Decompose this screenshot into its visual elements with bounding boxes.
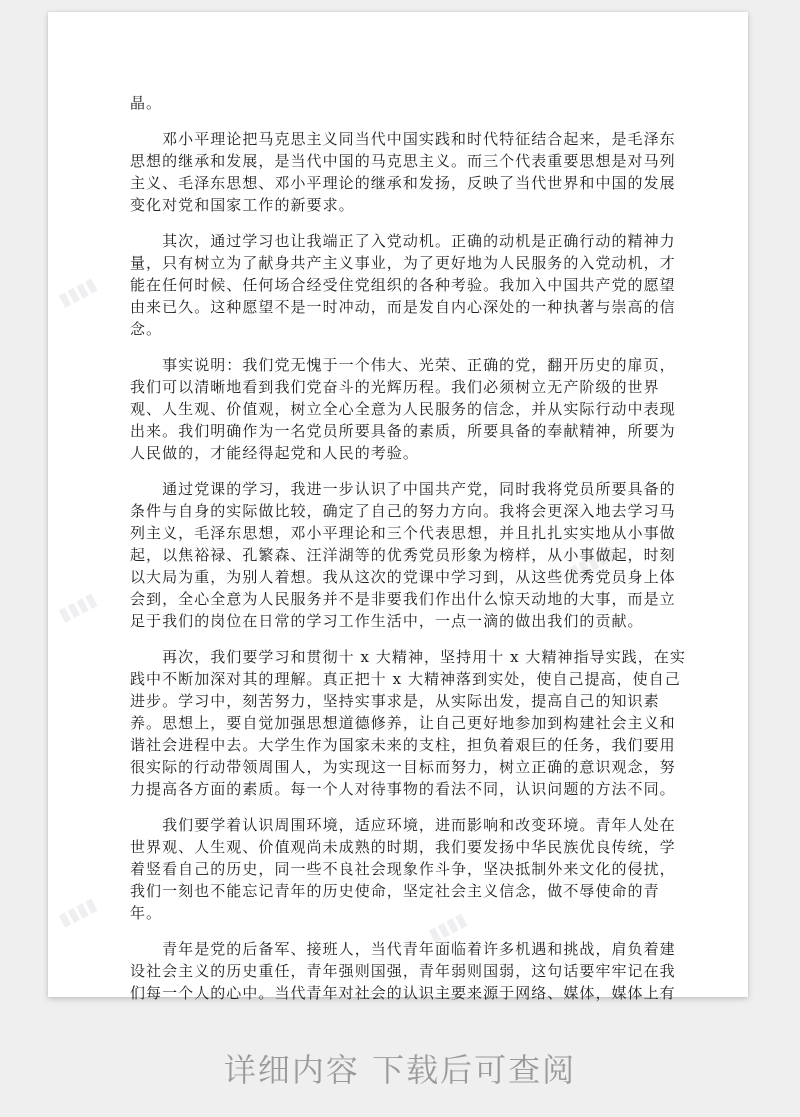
paragraph-0: 晶。 (130, 92, 670, 114)
text-line: 念。 (130, 318, 670, 340)
text-line: 我们一刻也不能忘记青年的历史使命，坚定社会主义信念，做不辱使命的青 (130, 880, 670, 902)
paragraph-5: 再次，我们要学习和贯彻十 x 大精神，坚持用十 x 大精神指导实践，在实 践中不… (130, 646, 670, 800)
text-line: 很实际的行动带领周围人，为实现这一目标而努力，树立正确的意识观念，努 (130, 756, 670, 778)
document-page: ▮▮▮▮ ▮▮▮▮ ▮▮▮▮ ▮▮▮▮▮ ▮▮▮▮ 晶。 邓小平理论把马克思主义… (48, 12, 748, 997)
text-line: 世界观、人生观、价值观尚未成熟的时期，我们要发扬中华民族优良传统，学 (130, 836, 670, 858)
text-line: 起，以焦裕禄、孔繁森、汪洋湖等的优秀党员形象为榜样，从小事做起，时刻 (130, 544, 670, 566)
paragraph-7: 青年是党的后备军、接班人，当代青年面临着许多机遇和挑战，肩负着建 设社会主义的历… (130, 938, 670, 1004)
text-line: 其次，通过学习也让我端正了入党动机。正确的动机是正确行动的精神力 (130, 230, 670, 252)
text-line: 量，只有树立为了献身共产主义事业，为了更好地为人民服务的入党动机，才 (130, 252, 670, 274)
text-line: 青年是党的后备军、接班人，当代青年面临着许多机遇和挑战，肩负着建 (130, 938, 670, 960)
text-line: 我们要学着认识周围环境，适应环境，进而影响和改变环境。青年人处在 (130, 814, 670, 836)
paragraph-4: 通过党课的学习，我进一步认识了中国共产党，同时我将党员所要具备的 条件与自身的实… (130, 478, 670, 632)
text-line: 出来。我们明确作为一名党员所要具备的素质，所要具备的奉献精神，所要为 (130, 420, 670, 442)
text-line: 人民做的，才能经得起党和人民的考验。 (130, 442, 670, 464)
paragraph-6: 我们要学着认识周围环境，适应环境，进而影响和改变环境。青年人处在 世界观、人生观… (130, 814, 670, 924)
text-line: 会到，全心全意为人民服务并不是非要我们作出什么惊天动地的大事，而是立 (130, 588, 670, 610)
document-body: 晶。 邓小平理论把马克思主义同当代中国实践和时代特征结合起来，是毛泽东 思想的继… (130, 92, 670, 1018)
watermark: ▮▮▮▮ (55, 589, 100, 626)
text-line: 们每一个人的心中。当代青年对社会的认识主要来源于网络、媒体，媒体上有 (130, 982, 670, 1004)
text-line: 谐社会进程中去。大学生作为国家未来的支柱，担负着艰巨的任务，我们要用 (130, 734, 670, 756)
text-line: 条件与自身的实际做比较，确定了自己的努力方向。我将会更深入地去学习马 (130, 500, 670, 522)
text-line: 通过党课的学习，我进一步认识了中国共产党，同时我将党员所要具备的 (130, 478, 670, 500)
text-line: 观、人生观、价值观，树立全心全意为人民服务的信念，并从实际行动中表现 (130, 398, 670, 420)
text-line: 进步。学习中，刻苦努力，坚持实事求是，从实际出发，提高自己的知识素 (130, 690, 670, 712)
paragraph-1: 邓小平理论把马克思主义同当代中国实践和时代特征结合起来，是毛泽东 思想的继承和发… (130, 128, 670, 216)
text-line: 再次，我们要学习和贯彻十 x 大精神，坚持用十 x 大精神指导实践，在实 (130, 646, 670, 668)
text-line: 力提高各方面的素质。每一个人对待事物的看法不同，认识问题的方法不同。 (130, 778, 670, 800)
paragraph-3: 事实说明：我们党无愧于一个伟大、光荣、正确的党，翻开历史的扉页， 我们可以清晰地… (130, 354, 670, 464)
text-line: 以大局为重，为别人着想。我从这次的党课中学习到，从这些优秀党员身上体 (130, 566, 670, 588)
text-line: 事实说明：我们党无愧于一个伟大、光荣、正确的党，翻开历史的扉页， (130, 354, 670, 376)
text-line: 能在任何时候、任何场合经受住党组织的各种考验。我加入中国共产党的愿望 (130, 274, 670, 296)
text-line: 思想的继承和发展，是当代中国的马克思主义。而三个代表重要思想是对马列 (130, 150, 670, 172)
watermark: ▮▮▮▮ (55, 274, 100, 311)
download-prompt: 详细内容 下载后可查阅 (0, 1045, 800, 1091)
text-line: 足于我们的岗位在日常的学习工作生活中，一点一滴的做出我们的贡献。 (130, 610, 670, 632)
text-line: 邓小平理论把马克思主义同当代中国实践和时代特征结合起来，是毛泽东 (130, 128, 670, 150)
text-line: 养。思想上，要自觉加强思想道德修养，让自己更好地参加到构建社会主义和 (130, 712, 670, 734)
text-line: 主义、毛泽东思想、邓小平理论的继承和发扬，反映了当代世界和中国的发展 (130, 172, 670, 194)
text-line: 践中不断加深对其的理解。真正把十 x 大精神落到实处，使自己提高，使自己 (130, 668, 670, 690)
paragraph-2: 其次，通过学习也让我端正了入党动机。正确的动机是正确行动的精神力 量，只有树立为… (130, 230, 670, 340)
text-line: 年。 (130, 902, 670, 924)
text-line: 我们可以清晰地看到我们党奋斗的光辉历程。我们必须树立无产阶级的世界 (130, 376, 670, 398)
text-line: 由来已久。这种愿望不是一时冲动，而是发自内心深处的一种执著与崇高的信 (130, 296, 670, 318)
text-line: 设社会主义的历史重任，青年强则国强，青年弱则国弱，这句话要牢牢记在我 (130, 960, 670, 982)
text-line: 变化对党和国家工作的新要求。 (130, 194, 670, 216)
text-line: 晶。 (130, 92, 670, 114)
text-line: 着竖看自己的历史，同一些不良社会现象作斗争，坚决抵制外来文化的侵扰， (130, 858, 670, 880)
text-line: 列主义，毛泽东思想，邓小平理论和三个代表思想，并且扎扎实实地从小事做 (130, 522, 670, 544)
watermark: ▮▮▮▮ (55, 894, 100, 931)
